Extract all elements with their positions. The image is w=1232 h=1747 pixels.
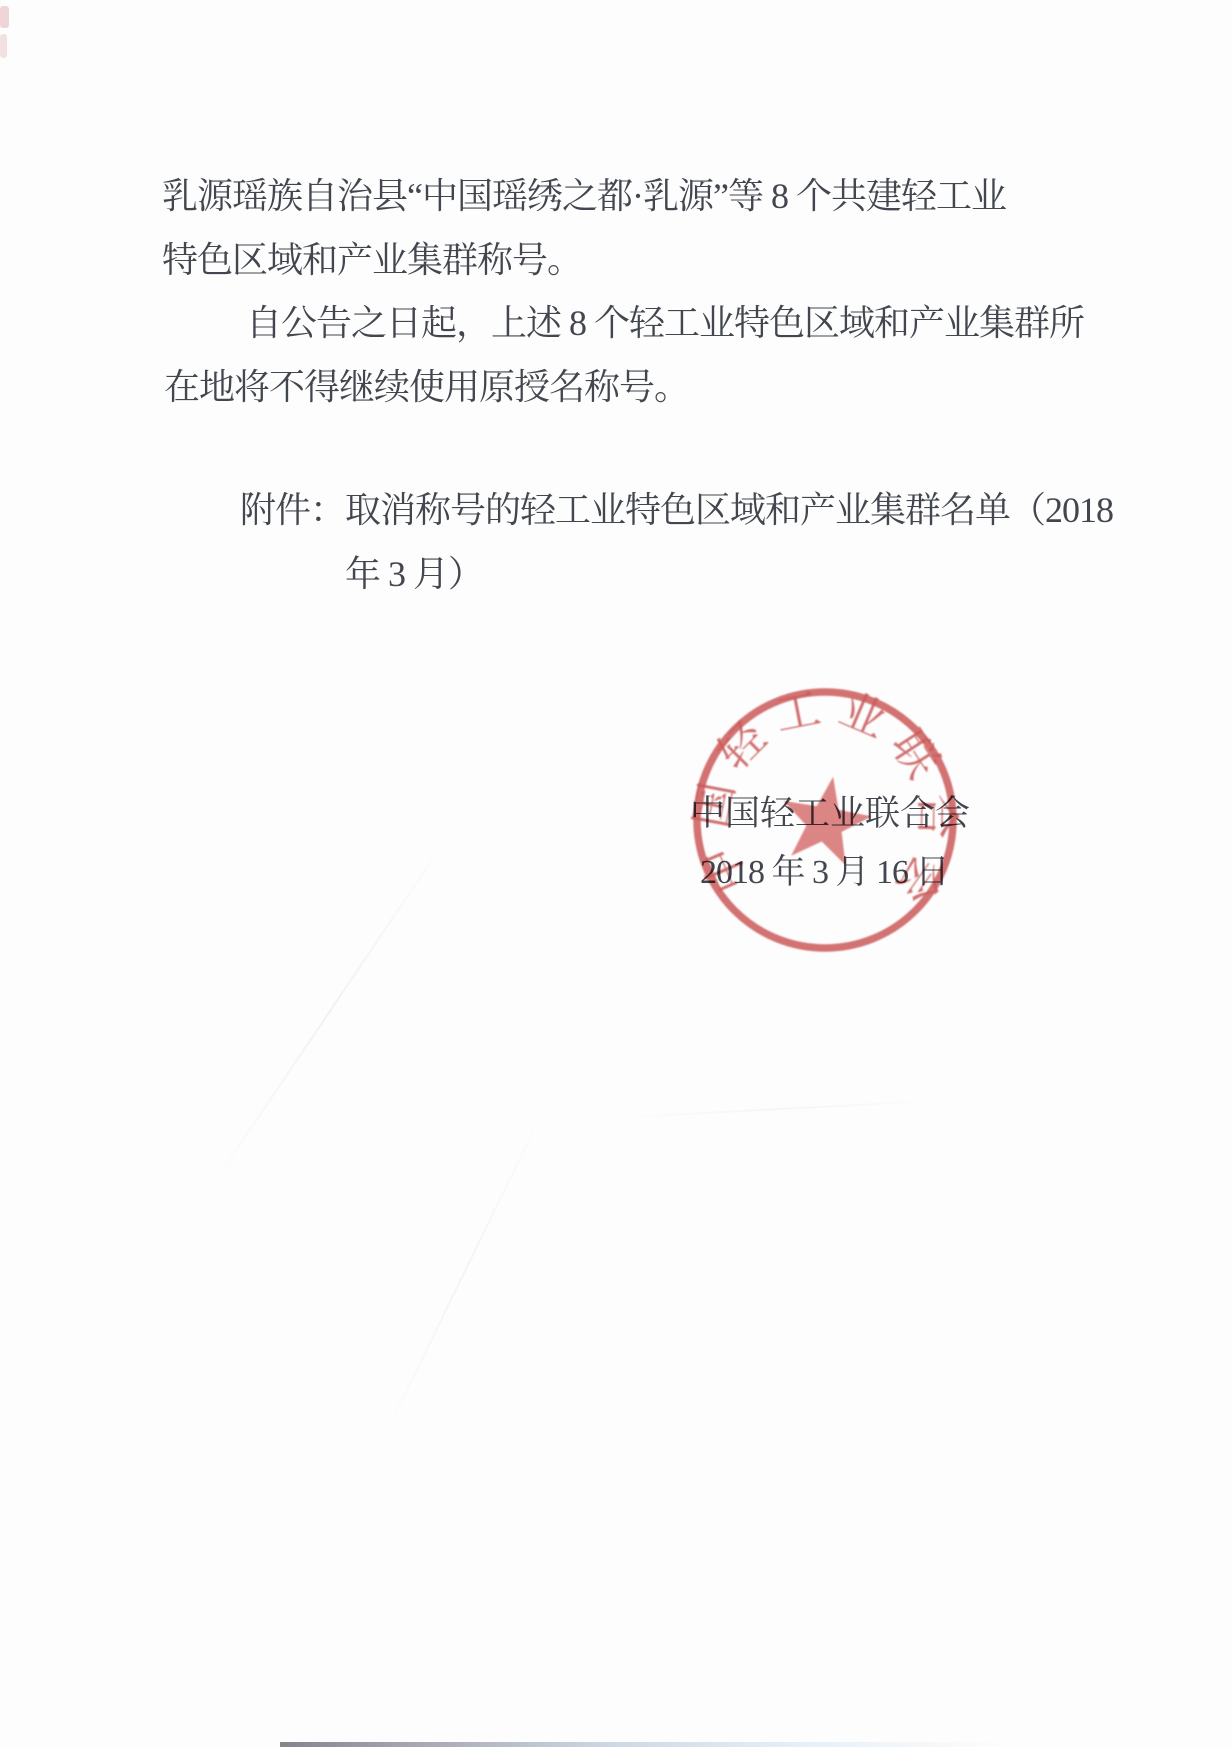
scan-crease bbox=[206, 828, 454, 1194]
body-line-1: 乳源瑶族自治县“中国瑶绣之都·乳源”等 8 个共建轻工业 bbox=[162, 178, 1006, 214]
attachment-line-1: 附件：取消称号的轻工业特色区域和产业集群名单（2018 bbox=[240, 492, 1113, 528]
seal-star-icon bbox=[774, 769, 877, 868]
scan-crease bbox=[610, 1099, 950, 1119]
official-seal: 中国轻工业联合会 bbox=[669, 664, 981, 976]
body-line-2: 特色区域和产业集群称号。 bbox=[162, 242, 582, 278]
body-line-4: 在地将不得继续使用原授名称号。 bbox=[164, 369, 689, 405]
attachment-line-2: 年 3 月） bbox=[345, 556, 483, 592]
body-line-3: 自公告之日起，上述 8 个轻工业特色区域和产业集群所 bbox=[246, 305, 1084, 341]
document-page: 乳源瑶族自治县“中国瑶绣之都·乳源”等 8 个共建轻工业 特色区域和产业集群称号… bbox=[0, 0, 1232, 1747]
scan-red-smudge bbox=[0, 6, 9, 28]
scan-red-smudge bbox=[0, 34, 7, 58]
scan-crease bbox=[379, 1095, 552, 1446]
scan-bottom-edge bbox=[280, 1742, 1010, 1747]
